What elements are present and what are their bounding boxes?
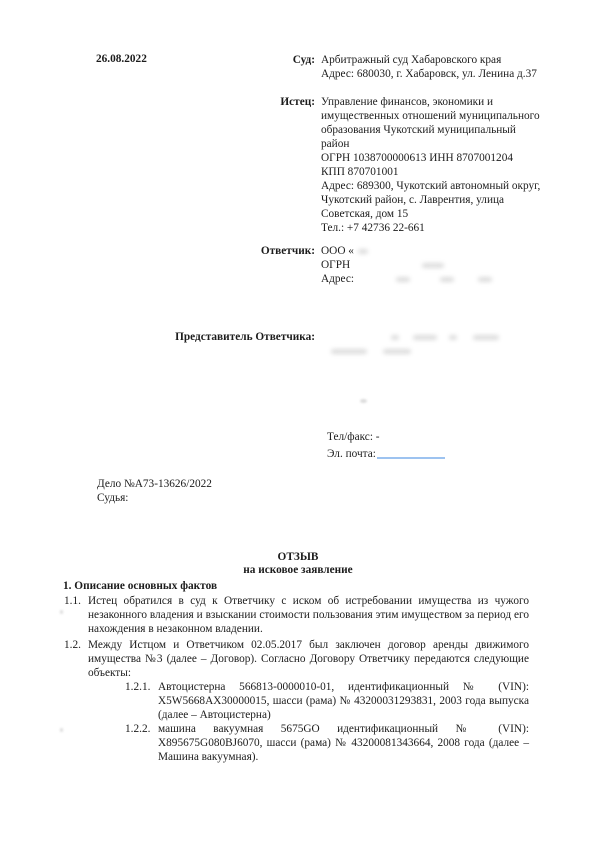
item-number: 1.2.2.: [125, 722, 150, 736]
representative-label: Представитель Ответчика:: [100, 330, 315, 344]
redacted-address-part: [440, 277, 454, 282]
plaintiff-address-line: Адрес: 689300, Чукотский автономный окру…: [321, 179, 553, 193]
paragraph-line: объекты:: [88, 666, 529, 680]
paragraph-line: X895675G080BJ6070, шасси (рама) № 432000…: [158, 736, 529, 750]
plaintiff-phone: Тел.: +7 42736 22-661: [321, 221, 553, 235]
court-address: Адрес: 680030, г. Хабаровск, ул. Ленина …: [321, 67, 553, 81]
document-page: 26.08.2022 Суд: Арбитражный суд Хабаровс…: [0, 0, 596, 843]
respondent-address-label: Адрес:: [321, 273, 354, 285]
scan-speck: [60, 728, 63, 732]
representative-content: [321, 330, 553, 358]
paragraph-line: нахождения в незаконном владении.: [88, 622, 529, 636]
scan-speck: [360, 399, 367, 403]
scan-speck: [60, 610, 63, 614]
plaintiff-label: Истец:: [100, 95, 315, 109]
phone-fax-value: -: [376, 431, 380, 443]
redacted-representative-line: [321, 344, 553, 358]
case-block: Дело №А73-13626/2022 Судья:: [97, 477, 212, 505]
paragraph-line: Между Истцом и Ответчиком 02.05.2017 был…: [88, 638, 529, 652]
paragraph-line: Машина вакуумная).: [158, 750, 529, 764]
redacted-company-name: [358, 249, 368, 254]
email-line: Эл. почта:: [327, 446, 380, 463]
respondent-company-prefix: ООО «: [321, 245, 354, 257]
plaintiff-kpp: КПП 870701001: [321, 165, 553, 179]
redacted-representative-line: [321, 330, 553, 344]
item-number: 1.2.1.: [125, 680, 150, 694]
paragraph-line: машина вакуумная 5675GO идентификационны…: [158, 722, 529, 736]
redacted-ogrn-value: [422, 263, 444, 268]
plaintiff-address-line: Советская, дом 15: [321, 207, 553, 221]
plaintiff-ogrn-inn: ОГРН 1038700000613 ИНН 8707001204: [321, 151, 553, 165]
respondent-company-line: ООО «: [321, 244, 553, 258]
email-redacted-underline: [377, 457, 445, 459]
item-number: 1.1.: [64, 594, 81, 608]
redacted-text: [413, 335, 437, 340]
plaintiff-content: Управление финансов, экономики и имущест…: [321, 95, 553, 235]
court-content: Арбитражный суд Хабаровского края Адрес:…: [321, 53, 553, 81]
paragraph-1-1: Истец обратился в суд к Ответчику с иско…: [88, 594, 529, 636]
redacted-address-part: [478, 277, 492, 282]
paragraph-1-2-2: машина вакуумная 5675GO идентификационны…: [158, 722, 529, 764]
respondent-address-line: Адрес:: [321, 272, 553, 286]
paragraph-1-2-1: Автоцистерна 566813-0000010-01, идентифи…: [158, 680, 529, 722]
document-title: ОТЗЫВ: [0, 551, 596, 564]
paragraph-line: (далее – Автоцистерна): [158, 708, 529, 722]
redacted-text: [449, 335, 457, 340]
paragraph-1-2: Между Истцом и Ответчиком 02.05.2017 был…: [88, 638, 529, 680]
phone-fax-label: Тел/факс:: [327, 431, 373, 443]
paragraph-line: имущества №3 (далее – Договор). Согласно…: [88, 652, 529, 666]
redacted-text: [391, 335, 399, 340]
paragraph-line: X5W5668AX30000015, шасси (рама) № 432000…: [158, 694, 529, 708]
plaintiff-address-line: Чукотский район, с. Лаврентия, улица: [321, 193, 553, 207]
case-number: Дело №А73-13626/2022: [97, 477, 212, 491]
contacts-block: Тел/факс: - Эл. почта:: [327, 429, 380, 463]
plaintiff-name-line: Управление финансов, экономики и: [321, 95, 553, 109]
plaintiff-name-line: образования Чукотский муниципальный: [321, 123, 553, 137]
paragraph-line: Истец обратился в суд к Ответчику с иско…: [88, 594, 529, 608]
respondent-label: Ответчик:: [100, 244, 315, 258]
respondent-ogrn-line: ОГРН: [321, 258, 553, 272]
redacted-text: [473, 335, 499, 340]
respondent-ogrn-label: ОГРН: [321, 259, 350, 271]
section-heading: 1. Описание основных фактов: [63, 580, 217, 592]
judge-label: Судья:: [97, 491, 212, 505]
redacted-address-part: [396, 277, 410, 282]
email-label: Эл. почта:: [327, 448, 376, 460]
court-name: Арбитражный суд Хабаровского края: [321, 53, 553, 67]
respondent-content: ООО « ОГРН Адрес:: [321, 244, 553, 286]
phone-fax-line: Тел/факс: -: [327, 429, 380, 446]
plaintiff-name-line: район: [321, 137, 553, 151]
document-subtitle: на исковое заявление: [0, 564, 596, 577]
plaintiff-name-line: имущественных отношений муниципального: [321, 109, 553, 123]
paragraph-line: незаконного владения и взыскании стоимос…: [88, 608, 529, 622]
item-number: 1.2.: [64, 638, 81, 652]
redacted-text: [331, 349, 367, 354]
paragraph-line: Автоцистерна 566813-0000010-01, идентифи…: [158, 680, 529, 694]
court-label: Суд:: [100, 53, 315, 67]
redacted-text: [383, 349, 411, 354]
